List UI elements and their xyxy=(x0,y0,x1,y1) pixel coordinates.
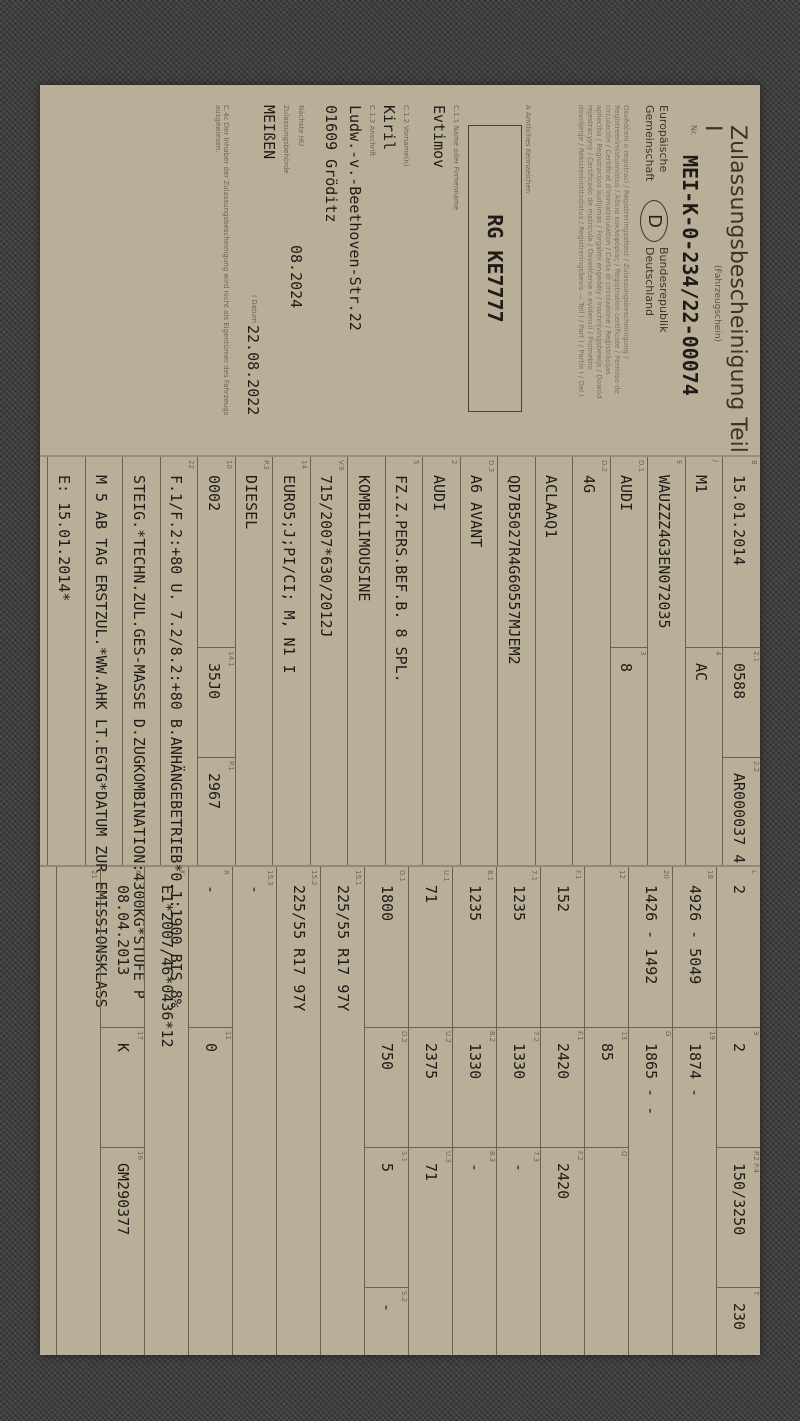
header-panel: Zulassungsbescheinigung Teil I (Fahrzeug… xyxy=(40,85,760,455)
country-code-icon: D xyxy=(640,200,668,242)
field-value: 1800 xyxy=(378,885,396,921)
sub-field-value: AC xyxy=(693,663,711,681)
eu-label-line2: Gemeinschaft xyxy=(642,105,656,181)
sub-field-value: 150/3250 xyxy=(730,1163,748,1235)
plate-label: A Amtliches Kennzeichen xyxy=(524,105,532,193)
sub-field-value: 1865 - - xyxy=(642,1043,660,1115)
field-value: QD7B5027R4G60557MJEM2 xyxy=(505,475,523,665)
table-row: 10000214.135J0P.12967 xyxy=(198,457,236,865)
field-code: R xyxy=(222,870,230,875)
sub-field-code: T xyxy=(716,1287,760,1295)
table-row: E: 15.01.2014* xyxy=(48,457,86,865)
field-value: 0002 xyxy=(205,475,223,511)
sub-field-code: S.1 xyxy=(364,1147,408,1162)
field-value: FZ.Z.PERS.BEF.B. 8 SPL. xyxy=(393,475,411,683)
table-row: V.9715/2007*630/2012J xyxy=(310,457,348,865)
table-row: JM14AC xyxy=(685,457,723,865)
name-label: C.1.1 Name oder Firmenname xyxy=(452,105,460,210)
table-row: 184926 - 5049191874 - xyxy=(672,867,716,1355)
field-code: P.3 xyxy=(263,460,271,470)
sub-field-value: AR000037 4 xyxy=(730,773,748,863)
field-code: 20 xyxy=(662,870,670,879)
table-row: 608.04.201317K16GM290377 xyxy=(100,867,144,1355)
ownership-note: C.4c Der Inhaber der Zulassungsbescheini… xyxy=(214,105,230,425)
vehicle-data-table: B15.01.20142.105882.2AR000037 4JM14ACEWA… xyxy=(40,457,760,865)
field-value: 15.01.2014 xyxy=(730,475,748,565)
table-row: 15.2225/55 R17 97Y xyxy=(276,867,320,1355)
hu-label: Nächste HU xyxy=(297,105,305,146)
table-row: 8.112358.213308.3- xyxy=(452,867,496,1355)
field-code: 15.2 xyxy=(310,870,318,886)
technical-data-table: L292P.2 P.4150/3250T230184926 - 50491918… xyxy=(40,867,760,1355)
sub-field-code: 11 xyxy=(188,1027,232,1040)
table-row: U.171U.22375U.371 xyxy=(408,867,452,1355)
field-value: AUDI xyxy=(430,475,448,511)
field-code: U.1 xyxy=(442,870,450,882)
table-row: L292P.2 P.4150/3250T230 xyxy=(716,867,760,1355)
table-row: 15.3- xyxy=(232,867,276,1355)
field-value: 4926 - 5049 xyxy=(686,885,704,984)
sub-field-code: U.2 xyxy=(408,1027,452,1043)
sub-field-code: O.2 xyxy=(364,1027,408,1043)
sub-field-code: F.2 xyxy=(540,1147,584,1161)
country-line2: Deutschland xyxy=(642,247,656,332)
field-code: 8.1 xyxy=(486,870,494,881)
table-row: D.24G xyxy=(573,457,611,865)
sub-field-value: 2420 xyxy=(554,1043,572,1079)
field-value: 715/2007*630/2012J xyxy=(318,475,336,638)
sub-field-value: 1330 xyxy=(466,1043,484,1079)
table-row: KE1*2007/46*0436*12 xyxy=(144,867,188,1355)
doc-number: MEI-K-0-234/22-00074 xyxy=(678,155,702,396)
sub-field-value: 2 xyxy=(730,1043,748,1052)
field-value: 225/55 R17 97Y xyxy=(290,885,308,1011)
field-code: B xyxy=(750,460,758,465)
multilingual-fine-print: Osvědčení o registraci / Registreringsat… xyxy=(576,105,630,405)
field-value: 152 xyxy=(554,885,572,912)
field-value: 1235 xyxy=(466,885,484,921)
eu-label: Europäische Gemeinschaft xyxy=(642,105,670,181)
holder-first-name: Kiril xyxy=(380,105,398,150)
table-row: 2AUDI xyxy=(423,457,461,865)
sub-field-value: GM290377 xyxy=(114,1163,132,1235)
sub-field-code: 19 xyxy=(672,1027,716,1040)
issue-date: 22.08.2022 xyxy=(244,325,262,415)
field-code: 21 xyxy=(90,870,98,879)
table-row: QD7B5027R4G60557MJEM2 xyxy=(498,457,536,865)
table-row: R-110 xyxy=(188,867,232,1355)
date-label: I Datum xyxy=(250,295,258,323)
field-code: 15.3 xyxy=(266,870,274,886)
field-value: 225/55 R17 97Y xyxy=(334,885,352,1011)
sub-field-code: 2.2 xyxy=(723,757,761,772)
field-value: KOMBILIMOUSINE xyxy=(355,475,373,601)
sub-field-value: - xyxy=(510,1163,528,1172)
table-row: ACLAAQ1 xyxy=(535,457,573,865)
sub-field-value: K xyxy=(114,1043,132,1052)
field-value: A6 AVANT xyxy=(468,475,486,547)
field-code: 2 xyxy=(450,460,458,464)
field-code: 12 xyxy=(618,870,626,879)
document-subtitle: (Fahrzeugschein) xyxy=(712,265,722,342)
sub-field-code: 13 xyxy=(584,1027,628,1040)
field-code: O.1 xyxy=(398,870,406,882)
field-value: E: 15.01.2014* xyxy=(55,475,73,601)
sub-field-code: G xyxy=(628,1027,672,1036)
sub-field-value: 0588 xyxy=(730,663,748,699)
field-value: ACLAAQ1 xyxy=(543,475,561,538)
field-value: DIESEL xyxy=(243,475,261,529)
sub-field-value: 85 xyxy=(598,1043,616,1061)
first-name-label: C.1.2 Vorname(n) xyxy=(402,105,410,167)
field-code: D.1 xyxy=(638,460,646,472)
authority: MEIßEN xyxy=(260,105,278,159)
field-code: K xyxy=(178,870,186,875)
field-code: 10 xyxy=(225,460,233,469)
holder-street: Ludw.-v.-Beethoven-Str.22 xyxy=(346,105,364,331)
sub-field-code: 17 xyxy=(100,1027,144,1040)
field-value: 71 xyxy=(422,885,440,903)
authority-label: Zulassungsbehörde xyxy=(282,105,290,174)
table-row: STEIG.*TECHN.ZUL.GES-MASSE D.ZUGKOMBINAT… xyxy=(123,457,161,865)
field-code: J xyxy=(713,460,721,462)
sub-field-value: 5 xyxy=(378,1163,396,1172)
field-value: 1426 - 1492 xyxy=(642,885,660,984)
table-row: 15.1225/55 R17 97Y xyxy=(320,867,364,1355)
field-value: EURO5;J;PI/CI; M, N1 I xyxy=(280,475,298,674)
sub-field-value: 1330 xyxy=(510,1043,528,1079)
field-code: D.3 xyxy=(488,460,496,472)
sub-field-value: 2375 xyxy=(422,1043,440,1079)
field-code: 7.1 xyxy=(530,870,538,881)
sub-field-code: 3 xyxy=(610,647,648,655)
table-row: P.3DIESEL xyxy=(235,457,273,865)
sub-field-value: - xyxy=(466,1163,484,1172)
sub-field-code: 16 xyxy=(100,1147,144,1160)
table-row: 201426 - 1492G1865 - - xyxy=(628,867,672,1355)
field-value: AUDI xyxy=(618,475,636,511)
sub-field-code: S.2 xyxy=(364,1287,408,1302)
field-code: 22 xyxy=(188,460,196,469)
field-value: WAUZZZ4G3EN072035 xyxy=(655,475,673,629)
table-row: EWAUZZZ4G3EN072035 xyxy=(648,457,686,865)
registration-document: Zulassungsbescheinigung Teil I (Fahrzeug… xyxy=(40,85,760,1355)
address-label: C.1.3 Anschrift xyxy=(368,105,376,157)
sub-field-value: 2420 xyxy=(554,1163,572,1199)
doc-number-label: Nr. xyxy=(689,125,698,136)
sub-field-code: U.3 xyxy=(408,1147,452,1163)
table-row: KOMBILIMOUSINE xyxy=(348,457,386,865)
sub-field-code: 8.3 xyxy=(452,1147,496,1162)
sub-field-code: 9 xyxy=(716,1027,760,1035)
sub-field-value: 2967 xyxy=(205,773,223,809)
field-code: V.9 xyxy=(338,460,346,471)
field-value: 1235 xyxy=(510,885,528,921)
field-code: F.1 xyxy=(574,870,582,880)
holder-name: Evtimov xyxy=(430,105,448,168)
field-value: - xyxy=(246,885,264,894)
table-row: B15.01.20142.105882.2AR000037 4 xyxy=(723,457,761,865)
table-row: 22F.1/F.2:+80 U. 7.2/8.2:+80 B.ANHÄNGEBE… xyxy=(160,457,198,865)
table-row: D.3A6 AVANT xyxy=(460,457,498,865)
field-value: M1 xyxy=(693,475,711,493)
table-row: O.11800O.2750S.15S.2- xyxy=(364,867,408,1355)
field-value: E1*2007/46*0436*12 xyxy=(158,885,176,1048)
sub-field-code: 7.3 xyxy=(496,1147,540,1162)
sub-field-value: 750 xyxy=(378,1043,396,1070)
sub-field-value: 0 xyxy=(202,1043,220,1052)
table-row: D.1AUDI38 xyxy=(610,457,648,865)
sub-field-code: 2.1 xyxy=(723,647,761,662)
field-code: L xyxy=(750,870,758,874)
sub-field-code: 4 xyxy=(685,647,723,655)
field-value: 4G xyxy=(580,475,598,493)
sub-field-code: 8.2 xyxy=(452,1027,496,1042)
sub-field-code: F.1 xyxy=(540,1027,584,1041)
rotated-photo: Zulassungsbescheinigung Teil I (Fahrzeug… xyxy=(0,0,800,1421)
table-row: 21 xyxy=(56,867,100,1355)
field-code: 14 xyxy=(300,460,308,469)
eu-label-line1: Europäische xyxy=(656,105,670,181)
sub-field-value: - xyxy=(378,1303,396,1312)
sub-field-value: 71 xyxy=(422,1163,440,1181)
field-code: 6 xyxy=(134,870,142,874)
table-row: F.1152F.12420F.22420 xyxy=(540,867,584,1355)
field-value: - xyxy=(202,885,220,894)
table-row: 7.112357.213307.3- xyxy=(496,867,540,1355)
table-row: M 5 AB TAG ERSTZUL.*WW.AHK LT.EGTG*DATUM… xyxy=(85,457,123,865)
holder-city: 01609 Gröditz xyxy=(322,105,340,222)
table-row: 5FZ.Z.PERS.BEF.B. 8 SPL. xyxy=(385,457,423,865)
table-row: 121385Q xyxy=(584,867,628,1355)
field-code: 18 xyxy=(706,870,714,879)
country-line1: Bundesrepublik xyxy=(656,247,670,332)
field-value: 08.04.2013 xyxy=(114,885,132,975)
field-code: 15.1 xyxy=(354,870,362,886)
sub-field-code: Q xyxy=(584,1147,628,1157)
next-inspection: 08.2024 xyxy=(287,245,305,308)
field-code: 5 xyxy=(413,460,421,464)
field-code: E xyxy=(675,460,683,464)
sub-field-code: P.1 xyxy=(198,757,236,771)
sub-field-value: 230 xyxy=(730,1303,748,1330)
sub-field-code: 7.2 xyxy=(496,1027,540,1042)
document-title: Zulassungsbescheinigung Teil I xyxy=(700,125,750,455)
license-plate: RG KE7777 xyxy=(468,125,522,412)
field-code: D.2 xyxy=(600,460,608,472)
field-value: 2 xyxy=(730,885,748,894)
sub-field-value: 1874 - xyxy=(686,1043,704,1097)
sub-field-value: 8 xyxy=(618,663,636,672)
country-label: Bundesrepublik Deutschland xyxy=(642,247,670,332)
table-row: 14EURO5;J;PI/CI; M, N1 I xyxy=(273,457,311,865)
sub-field-value: 35J0 xyxy=(205,663,223,699)
